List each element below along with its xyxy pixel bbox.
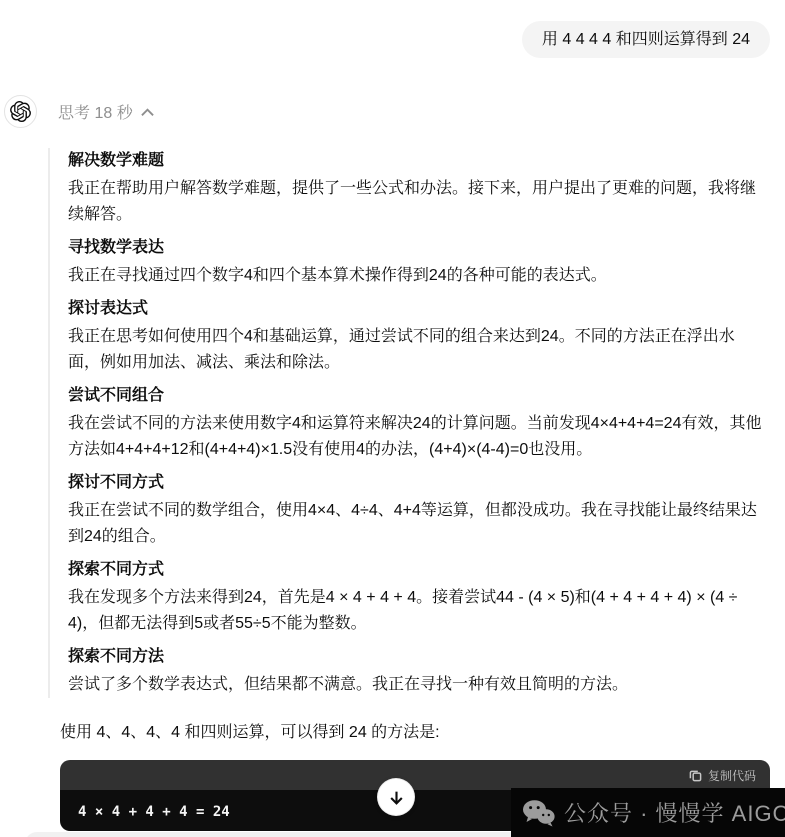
thinking-content: 解决数学难题 我正在帮助用户解答数学难题，提供了一些公式和办法。接下来，用户提出…	[48, 148, 762, 698]
thought-body: 我在尝试不同的方法来使用数字4和运算符来解决24的计算问题。当前发现4×4+4+…	[68, 411, 762, 463]
thought-body: 尝试了多个数学表达式，但结果都不满意。我正在寻找一种有效且简明的方法。	[68, 672, 762, 698]
copy-icon	[689, 769, 702, 782]
thought-section: 探讨表达式 我正在思考如何使用四个4和基础运算，通过尝试不同的组合来达到24。不…	[68, 298, 762, 376]
watermark-text: 公众号 · 慢慢学 AIGC	[564, 797, 785, 828]
scroll-to-bottom-button[interactable]	[377, 778, 415, 816]
openai-logo-icon	[10, 101, 31, 122]
answer-intro-text: 使用 4、4、4、4 和四则运算，可以得到 24 的方法是:	[60, 721, 440, 745]
thought-section: 探索不同方法 尝试了多个数学表达式，但结果都不满意。我正在寻找一种有效且简明的方…	[68, 646, 762, 698]
thought-section: 寻找数学表达 我正在寻找通过四个数字4和四个基本算术操作得到24的各种可能的表达…	[68, 237, 762, 289]
thinking-duration-label: 思考 18 秒	[58, 100, 133, 123]
thought-body: 我正在寻找通过四个数字4和四个基本算术操作得到24的各种可能的表达式。	[68, 263, 762, 289]
thinking-toggle-button[interactable]: 思考 18 秒	[58, 100, 154, 123]
copy-code-label: 复制代码	[708, 767, 756, 784]
code-block-header: 复制代码	[60, 760, 770, 790]
assistant-avatar	[4, 95, 37, 128]
thought-section: 探讨不同方式 我正在尝试不同的数学组合，使用4×4、4÷4、4+4等运算，但都没…	[68, 472, 762, 550]
user-message-bubble: 用 4 4 4 4 和四则运算得到 24	[522, 21, 770, 58]
thought-title: 探索不同方式	[68, 559, 762, 581]
thought-title: 探索不同方法	[68, 646, 762, 668]
thought-title: 尝试不同组合	[68, 385, 762, 407]
chat-screen: 用 4 4 4 4 和四则运算得到 24 思考 18 秒 解决数学难题 我正在帮…	[0, 0, 785, 837]
code-line: 4 × 4 + 4 + 4 = 24	[78, 804, 230, 820]
thought-section: 探索不同方式 我在发现多个方法来得到24，首先是4 × 4 + 4 + 4。接着…	[68, 559, 762, 637]
user-message-row: 用 4 4 4 4 和四则运算得到 24	[522, 21, 770, 58]
wechat-icon	[522, 799, 555, 827]
thought-title: 寻找数学表达	[68, 237, 762, 259]
thought-body: 我在发现多个方法来得到24，首先是4 × 4 + 4 + 4。接着尝试44 - …	[68, 585, 762, 637]
thought-body: 我正在帮助用户解答数学难题，提供了一些公式和办法。接下来，用户提出了更难的问题，…	[68, 176, 762, 228]
thought-body: 我正在思考如何使用四个4和基础运算，通过尝试不同的组合来达到24。不同的方法正在…	[68, 324, 762, 376]
thought-title: 探讨不同方式	[68, 472, 762, 494]
assistant-header: 思考 18 秒	[4, 95, 154, 128]
thought-section: 解决数学难题 我正在帮助用户解答数学难题，提供了一些公式和办法。接下来，用户提出…	[68, 150, 762, 228]
copy-code-button[interactable]: 复制代码	[689, 767, 756, 784]
watermark-banner: 公众号 · 慢慢学 AIGC	[511, 788, 785, 837]
thought-body: 我正在尝试不同的数学组合，使用4×4、4÷4、4+4等运算，但都没成功。我在寻找…	[68, 498, 762, 550]
thought-section: 尝试不同组合 我在尝试不同的方法来使用数字4和运算符来解决24的计算问题。当前发…	[68, 385, 762, 463]
arrow-down-icon	[388, 789, 405, 806]
thought-title: 探讨表达式	[68, 298, 762, 320]
chevron-up-icon	[141, 108, 154, 117]
thought-title: 解决数学难题	[68, 150, 762, 172]
